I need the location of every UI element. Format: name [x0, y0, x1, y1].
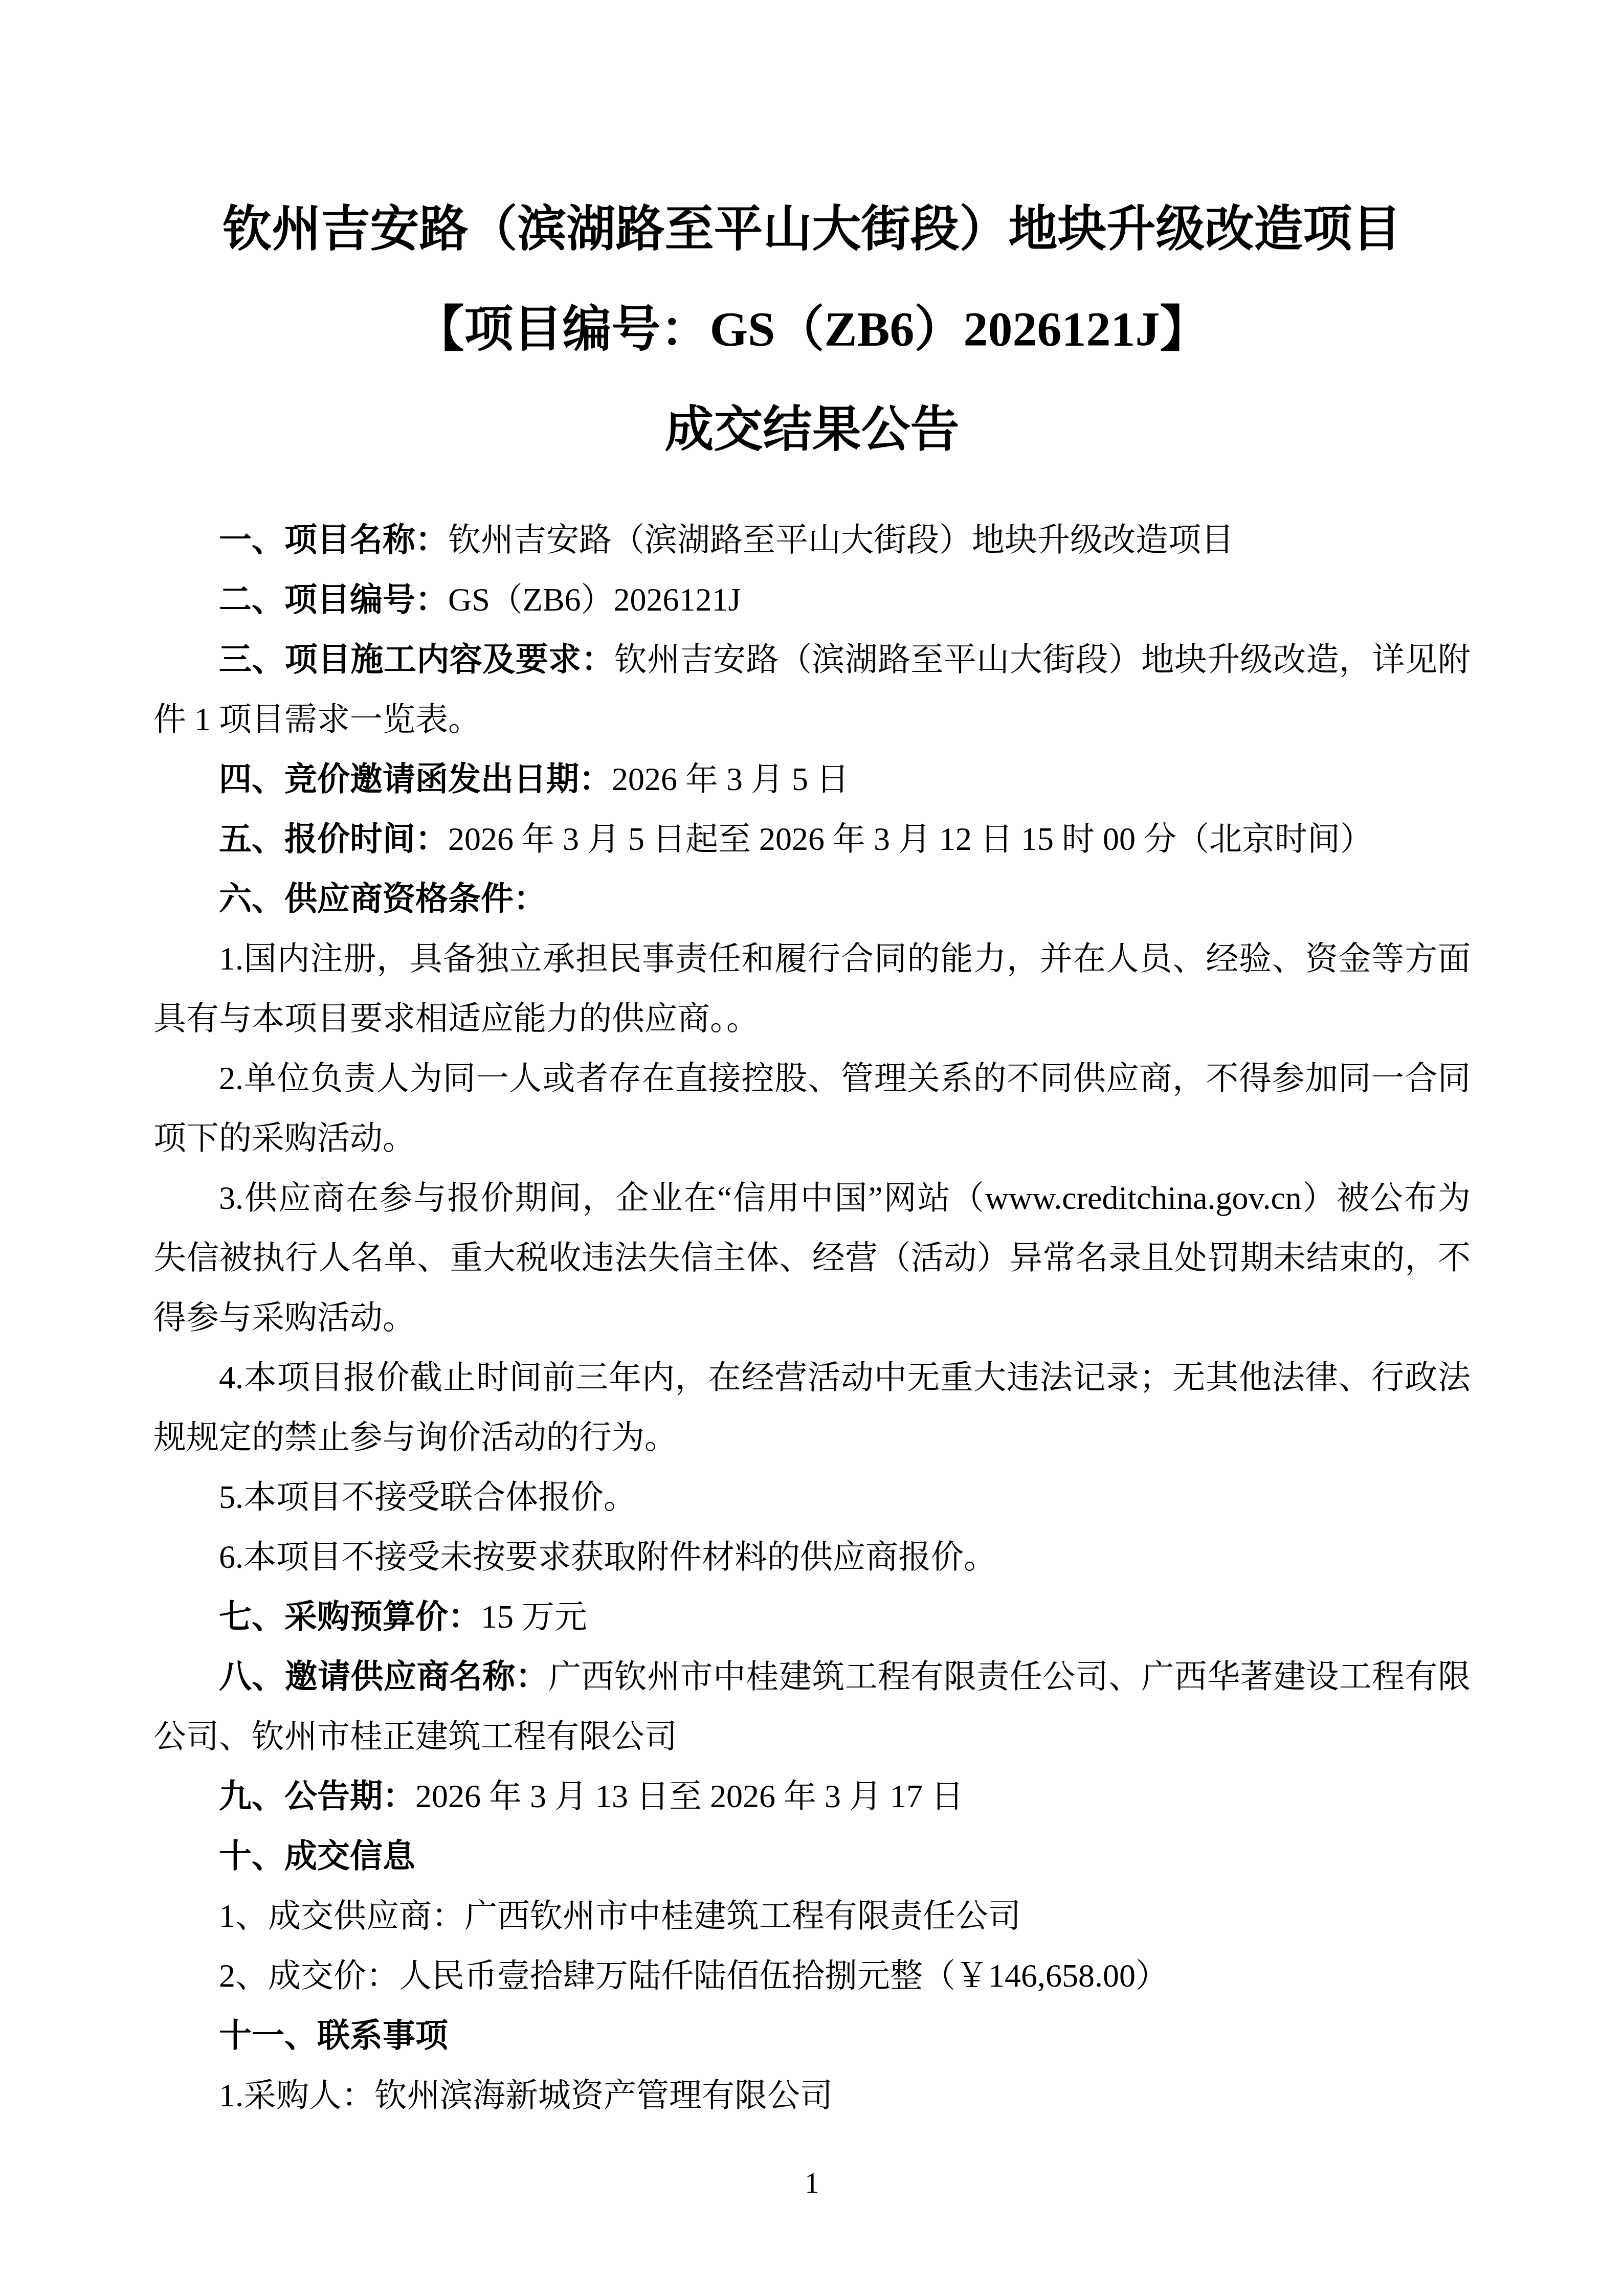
para-quotation-time: 五、报价时间：2026 年 3 月 5 日起至 2026 年 3 月 12 日 … — [153, 809, 1471, 869]
para-qualification-6: 6.本项目不接受未按要求获取附件材料的供应商报价。 — [153, 1527, 1471, 1587]
para-label: 五、报价时间： — [219, 821, 448, 857]
para-award-supplier: 1、成交供应商：广西钦州市中桂建筑工程有限责任公司 — [153, 1886, 1471, 1946]
para-text: 2026 年 3 月 5 日 — [612, 761, 849, 797]
para-text: 2、成交价：人民币壹拾肆万陆仟陆佰伍拾捌元整（￥146,658.00） — [219, 1957, 1168, 1994]
para-qualification-2: 2.单位负责人为同一人或者存在直接控股、管理关系的不同供应商，不得参加同一合同项… — [153, 1048, 1471, 1168]
para-qualification-3: 3.供应商在参与报价期间，企业在“信用中国”网站（www.creditchina… — [153, 1168, 1471, 1347]
para-award-info-heading: 十、成交信息 — [153, 1826, 1471, 1886]
para-label: 六、供应商资格条件： — [219, 881, 546, 917]
para-label: 七、采购预算价： — [219, 1599, 481, 1635]
para-text: 2026 年 3 月 5 日起至 2026 年 3 月 12 日 15 时 00… — [448, 821, 1373, 857]
para-text: 1.采购人：钦州滨海新城资产管理有限公司 — [219, 2077, 833, 2113]
para-label: 十、成交信息 — [219, 1838, 415, 1874]
para-label: 八、邀请供应商名称： — [219, 1658, 548, 1695]
para-text: GS（ZB6）2026121J — [448, 581, 741, 618]
para-qualification-5: 5.本项目不接受联合体报价。 — [153, 1467, 1471, 1527]
para-text: 2.单位负责人为同一人或者存在直接控股、管理关系的不同供应商，不得参加同一合同项… — [153, 1060, 1471, 1156]
page-number: 1 — [805, 2168, 819, 2199]
para-label: 二、项目编号： — [219, 581, 448, 618]
para-label: 一、项目名称： — [219, 522, 448, 558]
title-line-project: 钦州吉安路（滨湖路至平山大街段）地块升级改造项目 — [153, 179, 1471, 279]
para-text: 1、成交供应商：广西钦州市中桂建筑工程有限责任公司 — [219, 1898, 1021, 1934]
para-text: 6.本项目不接受未按要求获取附件材料的供应商报价。 — [219, 1539, 996, 1575]
para-invitation-letter-date: 四、竞价邀请函发出日期：2026 年 3 月 5 日 — [153, 749, 1471, 809]
para-label: 三、项目施工内容及要求： — [219, 641, 614, 678]
para-text: 4.本项目报价截止时间前三年内，在经营活动中无重大违法记录；无其他法律、行政法规… — [153, 1359, 1471, 1455]
para-text: 2026 年 3 月 13 日至 2026 年 3 月 17 日 — [415, 1778, 964, 1814]
para-contact-heading: 十一、联系事项 — [153, 2006, 1471, 2065]
para-announcement-period: 九、公告期：2026 年 3 月 13 日至 2026 年 3 月 17 日 — [153, 1766, 1471, 1826]
para-invited-suppliers: 八、邀请供应商名称：广西钦州市中桂建筑工程有限责任公司、广西华著建设工程有限公司… — [153, 1647, 1471, 1766]
para-budget-price: 七、采购预算价：15 万元 — [153, 1587, 1471, 1647]
para-qualification-4: 4.本项目报价截止时间前三年内，在经营活动中无重大违法记录；无其他法律、行政法规… — [153, 1347, 1471, 1467]
para-text: 5.本项目不接受联合体报价。 — [219, 1479, 636, 1515]
para-supplier-qualification-heading: 六、供应商资格条件： — [153, 869, 1471, 929]
para-award-price: 2、成交价：人民币壹拾肆万陆仟陆佰伍拾捌元整（￥146,658.00） — [153, 1946, 1471, 2006]
document-title: 钦州吉安路（滨湖路至平山大街段）地块升级改造项目 【项目编号：GS（ZB6）20… — [153, 179, 1471, 480]
document-page: 钦州吉安路（滨湖路至平山大街段）地块升级改造项目 【项目编号：GS（ZB6）20… — [0, 0, 1624, 2296]
para-construction-content: 三、项目施工内容及要求：钦州吉安路（滨湖路至平山大街段）地块升级改造，详见附件 … — [153, 629, 1471, 749]
para-text: 钦州吉安路（滨湖路至平山大街段）地块升级改造项目 — [448, 522, 1234, 558]
para-text: 15 万元 — [481, 1599, 587, 1635]
para-label: 四、竞价邀请函发出日期： — [219, 761, 612, 797]
para-purchaser: 1.采购人：钦州滨海新城资产管理有限公司 — [153, 2065, 1471, 2125]
para-text: 3.供应商在参与报价期间，企业在“信用中国”网站（www.creditchina… — [153, 1180, 1471, 1336]
page-footer: 1 — [0, 2167, 1624, 2200]
para-project-name: 一、项目名称：钦州吉安路（滨湖路至平山大街段）地块升级改造项目 — [153, 510, 1471, 570]
para-label: 十一、联系事项 — [219, 2017, 448, 2054]
para-text: 1.国内注册，具备独立承担民事责任和履行合同的能力，并在人员、经验、资金等方面具… — [153, 940, 1471, 1037]
title-line-announcement: 成交结果公告 — [153, 379, 1471, 480]
title-line-project-number: 【项目编号：GS（ZB6）2026121J】 — [153, 279, 1471, 379]
para-qualification-1: 1.国内注册，具备独立承担民事责任和履行合同的能力，并在人员、经验、资金等方面具… — [153, 929, 1471, 1048]
para-label: 九、公告期： — [219, 1778, 415, 1814]
para-project-number: 二、项目编号：GS（ZB6）2026121J — [153, 570, 1471, 629]
